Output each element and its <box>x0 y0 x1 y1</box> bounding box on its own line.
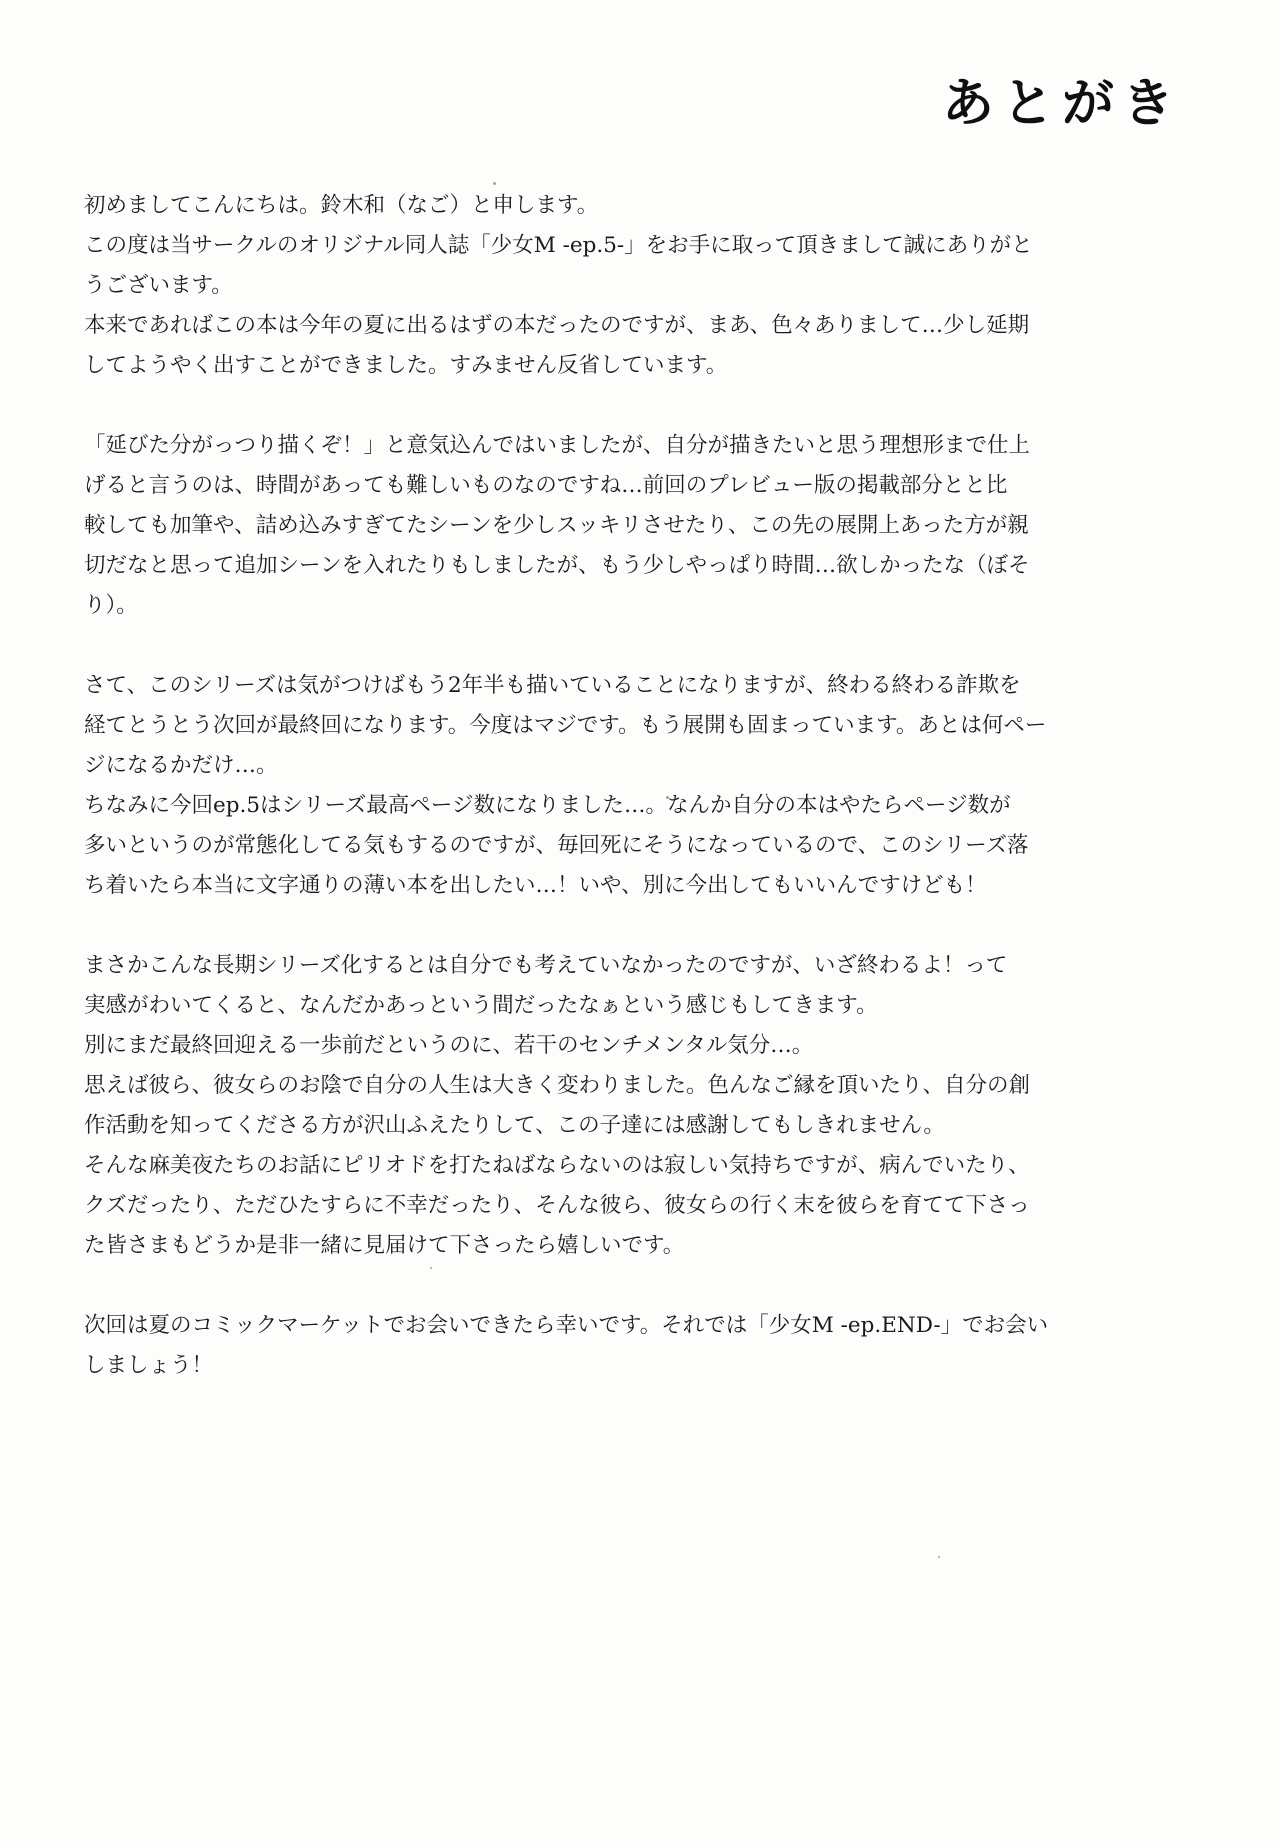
paragraph-sentimental: まさかこんな長期シリーズ化するとは自分でも考えていなかったのですが、いざ終わるよ… <box>84 946 1084 1266</box>
text-line: 本来であればこの本は今年の夏に出るはずの本だったのですが、まあ、色々ありまして…… <box>84 306 1084 346</box>
text-line: 思えば彼ら、彼女らのお陰で自分の人生は大きく変わりました。色んなご縁を頂いたり、… <box>84 1066 1084 1106</box>
text-line: 別にまだ最終回迎える一歩前だというのに、若干のセンチメンタル気分…。 <box>84 1026 1084 1066</box>
page-title: あとがき <box>942 76 1182 133</box>
paragraph-closing: 次回は夏のコミックマーケットでお会いできたら幸いです。それでは「少女M -ep.… <box>84 1306 1084 1386</box>
text-line: 較しても加筆や、詰め込みすぎてたシーンを少しスッキリさせたり、この先の展開上あっ… <box>84 506 1084 546</box>
paragraph-series: さて、このシリーズは気がつけばもう2年半も描いていることになりますが、終わる終わ… <box>84 666 1084 906</box>
text-line: 作活動を知ってくださる方が沢山ふえたりして、この子達には感謝してもしきれません。 <box>84 1106 1084 1146</box>
scan-speck <box>938 1556 940 1558</box>
text-line: 「延びた分がっつり描くぞ！」と意気込んではいましたが、自分が描きたいと思う理想形… <box>84 426 1084 466</box>
afterword-page: あとがき 初めましてこんにちは。鈴木和（なご）と申します。 この度は当サークルの… <box>0 0 1280 1847</box>
text-line: うございます。 <box>84 266 1084 306</box>
text-line: してようやく出すことができました。すみません反省しています。 <box>84 346 1084 386</box>
text-line: 実感がわいてくると、なんだかあっという間だったなぁという感じもしてきます。 <box>84 986 1084 1026</box>
paragraph-delay: 「延びた分がっつり描くぞ！」と意気込んではいましたが、自分が描きたいと思う理想形… <box>84 426 1084 626</box>
text-line: 次回は夏のコミックマーケットでお会いできたら幸いです。それでは「少女M -ep.… <box>84 1306 1084 1346</box>
text-line: しましょう！ <box>84 1346 1084 1386</box>
text-line: 多いというのが常態化してる気もするのですが、毎回死にそうになっているので、このシ… <box>84 826 1084 866</box>
text-line: 初めましてこんにちは。鈴木和（なご）と申します。 <box>84 186 1084 226</box>
text-line: ちなみに今回ep.5はシリーズ最高ページ数になりました…。なんか自分の本はやたら… <box>84 786 1084 826</box>
text-line: まさかこんな長期シリーズ化するとは自分でも考えていなかったのですが、いざ終わるよ… <box>84 946 1084 986</box>
text-line: ち着いたら本当に文字通りの薄い本を出したい…！いや、別に今出してもいいんですけど… <box>84 866 1084 906</box>
text-line: ジになるかだけ…。 <box>84 746 1084 786</box>
text-line: た皆さまもどうか是非一緒に見届けて下さったら嬉しいです。 <box>84 1226 1084 1266</box>
text-line: そんな麻美夜たちのお話にピリオドを打たねばならないのは寂しい気持ちですが、病んで… <box>84 1146 1084 1186</box>
text-line: り）。 <box>84 586 1084 626</box>
scan-speck <box>493 182 496 185</box>
afterword-body: 初めましてこんにちは。鈴木和（なご）と申します。 この度は当サークルのオリジナル… <box>84 186 1084 1386</box>
scan-speck <box>666 796 669 799</box>
scan-speck <box>430 1267 432 1269</box>
text-line: この度は当サークルのオリジナル同人誌「少女M -ep.5-」をお手に取って頂きま… <box>84 226 1084 266</box>
paragraph-greeting: 初めましてこんにちは。鈴木和（なご）と申します。 この度は当サークルのオリジナル… <box>84 186 1084 386</box>
text-line: げると言うのは、時間があっても難しいものなのですね…前回のプレビュー版の掲載部分… <box>84 466 1084 506</box>
text-line: さて、このシリーズは気がつけばもう2年半も描いていることになりますが、終わる終わ… <box>84 666 1084 706</box>
text-line: クズだったり、ただひたすらに不幸だったり、そんな彼ら、彼女らの行く末を彼らを育て… <box>84 1186 1084 1226</box>
text-line: 経てとうとう次回が最終回になります。今度はマジです。もう展開も固まっています。あ… <box>84 706 1084 746</box>
text-line: 切だなと思って追加シーンを入れたりもしましたが、もう少しやっぱり時間…欲しかった… <box>84 546 1084 586</box>
